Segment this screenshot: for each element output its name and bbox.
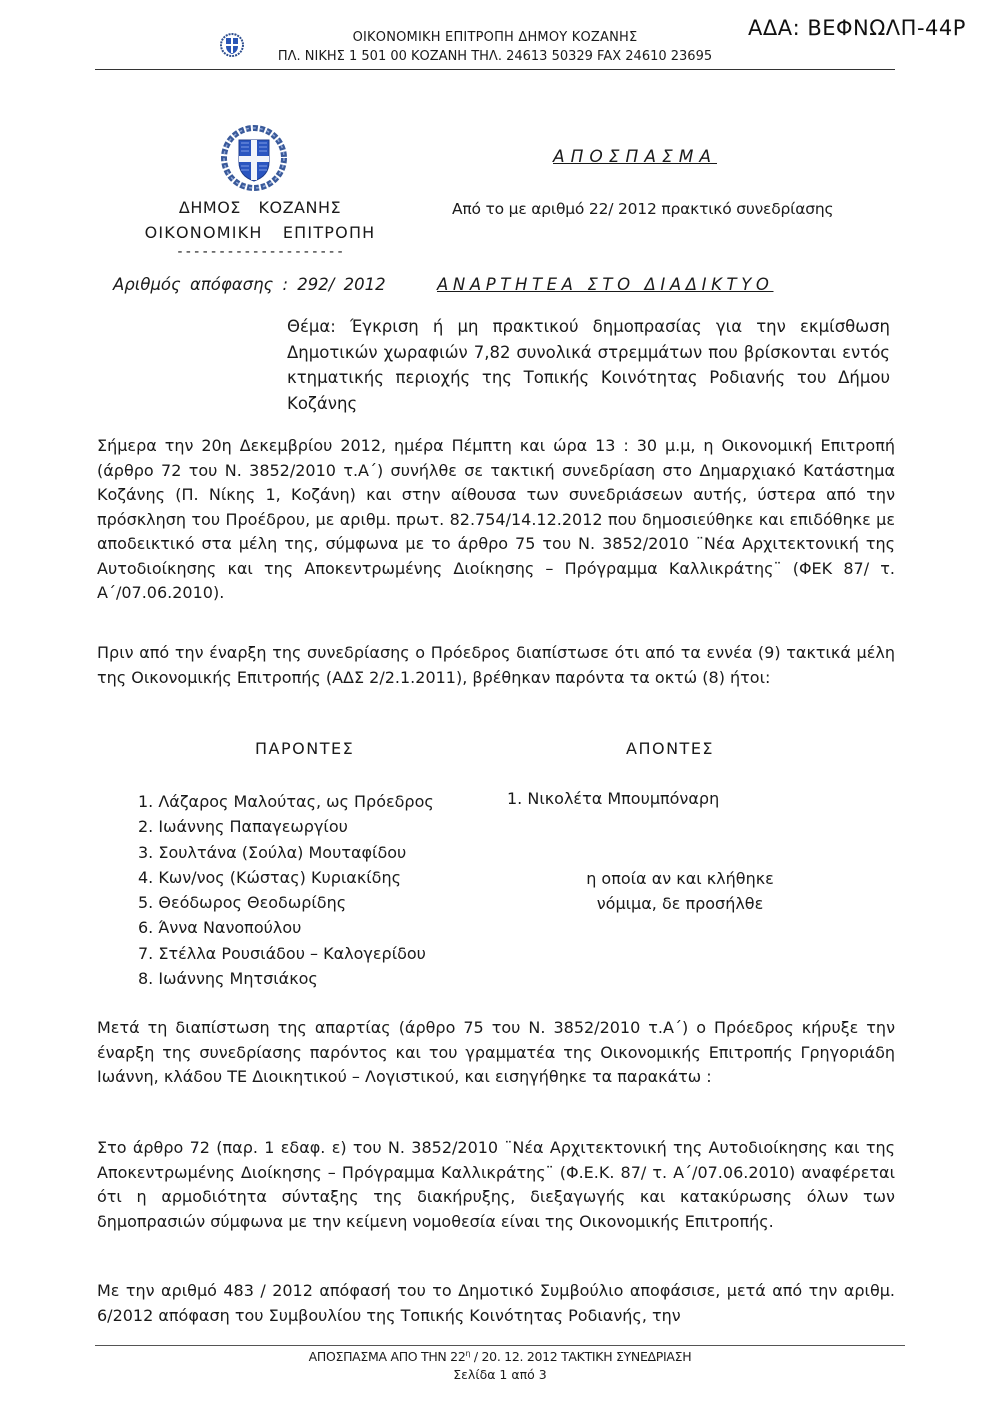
paragraph-quorum: Πριν από την έναρξη της συνεδρίασης ο Πρ… [97,641,895,690]
absent-note-line: νόμιμα, δε προσήλθε [540,891,820,916]
subject: Θέμα: Έγκριση ή μη πρακτικού δημοπρασίας… [287,314,890,416]
greek-coat-of-arms-icon [220,124,288,192]
list-item: 8. Ιωάννης Μητσιάκος [138,966,434,991]
paragraph-council-decision: Με την αριθμό 483 / 2012 απόφασή του το … [97,1279,895,1328]
committee-name: ΟΙΚΟΝΟΜΙΚΗ ΕΠΙΤΡΟΠΗ [120,223,400,242]
footer-divider [95,1345,905,1346]
paragraph-meeting-info: Σήμερα την 20η Δεκεμβρίου 2012, ημέρα Πέ… [97,434,895,606]
header-organization: ΟΙΚΟΝΟΜΙΚΗ ΕΠΙΤΡΟΠΗ ΔΗΜΟΥ ΚΟΖΑΝΗΣ [250,30,740,45]
page-number: Σελίδα 1 από 3 [250,1367,750,1382]
header-divider [95,69,895,70]
list-item: 5. Θεόδωρος Θεοδωρίδης [138,890,434,915]
list-item: 3. Σουλτάνα (Σούλα) Μουταφίδου [138,840,434,865]
paragraph-legal-basis: Στο άρθρο 72 (παρ. 1 εδαφ. ε) του Ν. 385… [97,1136,895,1234]
separator-dashes: -------------------- [150,244,370,260]
ada-code: ΑΔΑ: ΒΕΦΝΩΛΠ-44Ρ [748,16,966,40]
list-item: 4. Κων/νος (Κώστας) Κυριακίδης [138,865,434,890]
list-item: 1. Λάζαρος Μαλούτας, ως Πρόεδρος [138,789,434,814]
document-type-title: ΑΠΟΣΠΑΣΜΑ [553,147,717,167]
header-address: ΠΛ. ΝΙΚΗΣ 1 501 00 ΚΟΖΑΝΗ ΤΗΛ. 24613 503… [250,49,740,64]
decision-number: Αριθμός απόφασης : 292/ 2012 [113,275,386,294]
decision-value: 292/ 2012 [297,275,385,294]
absent-heading: ΑΠΟΝΤΕΣ [626,739,714,758]
footer-session-info: ΑΠΟΣΠΑΣΜΑ ΑΠΟ ΤΗΝ 22η / 20. 12. 2012 ΤΑΚ… [250,1349,750,1364]
present-members-list: 1. Λάζαρος Μαλούτας, ως Πρόεδρος 2. Ιωάν… [138,789,434,991]
absent-note: η οποία αν και κλήθηκε νόμιμα, δε προσήλ… [540,866,820,917]
greek-coat-of-arms-icon [220,33,244,57]
publish-notice: ΑΝΑΡΤΗΤΕΑ ΣΤΟ ΔΙΑΔΙΚΤΥΟ [437,275,774,294]
minutes-reference: Από το με αριθμό 22/ 2012 πρακτικό συνεδ… [452,200,833,218]
decision-label: Αριθμός απόφασης : [113,275,288,294]
absent-note-line: η οποία αν και κλήθηκε [540,866,820,891]
present-heading: ΠΑΡΟΝΤΕΣ [255,739,354,758]
absent-member: 1. Νικολέτα Μπουμπόναρη [507,789,719,808]
list-item: 7. Στέλλα Ρουσιάδου – Καλογερίδου [138,941,434,966]
municipality-name: ΔΗΜΟΣ ΚΟΖΑΝΗΣ [150,198,370,217]
paragraph-session-opening: Μετά τη διαπίστωση της απαρτίας (άρθρο 7… [97,1016,895,1090]
footer-suffix: / 20. 12. 2012 ΤΑΚΤΙΚΗ ΣΥΝΕΔΡΙΑΣΗ [470,1349,691,1364]
footer-prefix: ΑΠΟΣΠΑΣΜΑ ΑΠΟ ΤΗΝ 22 [309,1349,466,1364]
list-item: 6. Άννα Νανοπούλου [138,915,434,940]
list-item: 2. Ιωάννης Παπαγεωργίου [138,814,434,839]
